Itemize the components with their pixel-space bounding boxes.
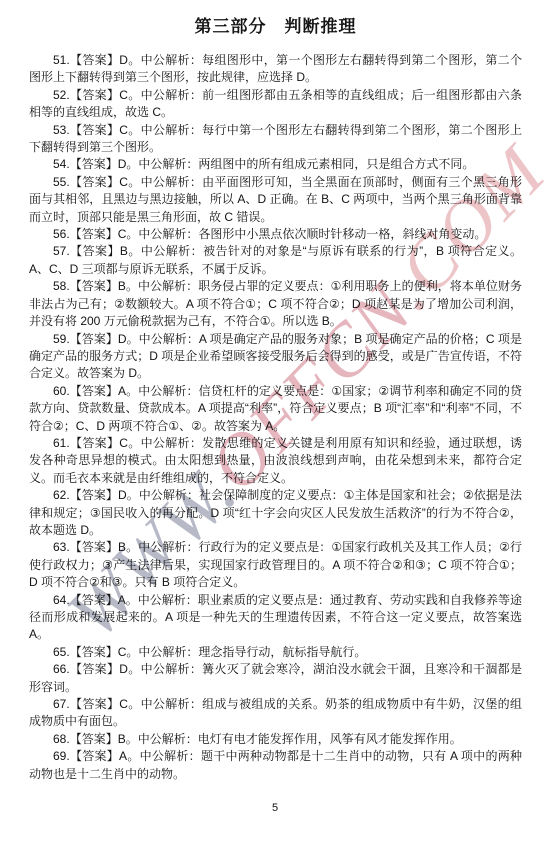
answer-letter: B <box>120 244 128 258</box>
item-number: 54. <box>53 157 70 171</box>
analysis-label: 中公解析： <box>138 227 198 241</box>
answer-label: 【答案】 <box>70 436 120 450</box>
item-number: 56. <box>53 227 70 241</box>
answer-item: 54.【答案】D。中公解析：两组图中的所有组成元素相同，只是组合方式不同。 <box>29 156 522 173</box>
answer-period: 。 <box>128 88 141 102</box>
item-number: 62. <box>53 488 70 502</box>
analysis-label: 中公解析： <box>140 749 201 763</box>
analysis-label: 中公解析： <box>138 593 198 607</box>
answer-item: 55.【答案】C。中公解析：由平面图形可知，当全黑面在顶部时，侧面有三个黑三角形… <box>29 174 522 226</box>
analysis-label: 中公解析： <box>141 697 203 711</box>
answer-item: 51.【答案】D。中公解析：每组图形中，第一个图形左右翻转得到第二个图形，第二个… <box>29 52 522 87</box>
answer-label: 【答案】 <box>70 732 118 746</box>
analysis-label: 中公解析： <box>141 244 203 258</box>
answer-list: 51.【答案】D。中公解析：每组图形中，第一个图形左右翻转得到第二个图形，第二个… <box>29 52 522 783</box>
item-number: 69. <box>53 749 70 763</box>
answer-letter: D <box>118 332 127 346</box>
item-number: 51. <box>53 53 70 67</box>
answer-period: 。 <box>128 436 141 450</box>
answer-period: 。 <box>126 645 138 659</box>
answer-letter: B <box>118 732 126 746</box>
answer-item: 59.【答案】D。中公解析：A 项是确定产品的服务对象；B 项是确定产品的价格；… <box>29 331 522 383</box>
analysis-label: 中公解析： <box>141 175 203 189</box>
answer-item: 61.【答案】C。中公解析：发散思维的定义关键是利用原有知识和经验，通过联想，诱… <box>29 435 522 487</box>
answer-letter: A <box>119 749 127 763</box>
document-content: 第三部分 判断推理 51.【答案】D。中公解析：每组图形中，第一个图形左右翻转得… <box>29 12 522 783</box>
answer-letter: D <box>119 662 128 676</box>
answer-period: 。 <box>126 593 138 607</box>
analysis-text: 理念指导行动，航标指导航行。 <box>198 645 366 659</box>
answer-item: 69.【答案】A。中公解析：题干中两种动物都是十二生肖中的动物，只有 A 项中的… <box>29 748 522 783</box>
item-number: 59. <box>53 332 70 346</box>
answer-item: 65.【答案】C。中公解析：理念指导行动，航标指导航行。 <box>29 644 522 661</box>
page: WWW.OFFCN.COM 第三部分 判断推理 51.【答案】D。中公解析：每组… <box>0 0 550 842</box>
analysis-label: 中公解析： <box>138 384 198 398</box>
answer-letter: B <box>118 279 126 293</box>
answer-label: 【答案】 <box>70 332 118 346</box>
answer-period: 。 <box>126 540 138 554</box>
answer-letter: C <box>119 175 128 189</box>
answer-item: 53.【答案】C。中公解析：每行中第一个图形左右翻转得到第二个图形，第二个图形上… <box>29 122 522 157</box>
answer-item: 56.【答案】C。中公解析：各图形中小黑点依次顺时针移动一格，斜线对角变动。 <box>29 226 522 243</box>
answer-item: 60.【答案】A。中公解析：信贷杠杆的定义要点是：①国家；②调节利率和确定不同的… <box>29 383 522 435</box>
item-number: 65. <box>53 645 70 659</box>
analysis-label: 中公解析： <box>141 88 203 102</box>
analysis-label: 中公解析： <box>138 645 198 659</box>
answer-label: 【答案】 <box>70 384 118 398</box>
answer-letter: C <box>119 436 128 450</box>
item-number: 64. <box>53 593 70 607</box>
item-number: 53. <box>53 123 70 137</box>
answer-label: 【答案】 <box>70 645 118 659</box>
answer-label: 【答案】 <box>70 88 120 102</box>
answer-item: 63.【答案】B。中公解析：行政行为的定义要点是：①国家行政机关及其工作人员；②… <box>29 539 522 591</box>
answer-period: 。 <box>126 157 138 171</box>
item-number: 68. <box>53 732 70 746</box>
analysis-text: 各图形中小黑点依次顺时针移动一格，斜线对角变动。 <box>198 227 486 241</box>
answer-period: 。 <box>128 244 141 258</box>
answer-label: 【答案】 <box>70 123 120 137</box>
answer-label: 【答案】 <box>70 488 118 502</box>
answer-label: 【答案】 <box>70 244 120 258</box>
analysis-label: 中公解析： <box>138 732 198 746</box>
analysis-label: 中公解析： <box>139 332 199 346</box>
answer-letter: A <box>118 593 126 607</box>
analysis-label: 中公解析： <box>141 436 203 450</box>
answer-period: 。 <box>128 697 141 711</box>
item-number: 61. <box>53 436 70 450</box>
answer-item: 62.【答案】D。中公解析：社会保障制度的定义要点：①主体是国家和社会；②依据是… <box>29 487 522 539</box>
analysis-label: 中公解析： <box>138 279 198 293</box>
analysis-label: 中公解析： <box>141 662 203 676</box>
answer-period: 。 <box>127 488 139 502</box>
item-number: 63. <box>53 540 70 554</box>
item-number: 60. <box>53 384 70 398</box>
item-number: 55. <box>53 175 70 189</box>
answer-letter: D <box>118 488 127 502</box>
item-number: 52. <box>53 88 70 102</box>
answer-label: 【答案】 <box>70 157 118 171</box>
answer-period: 。 <box>126 384 138 398</box>
answer-letter: D <box>119 53 128 67</box>
answer-period: 。 <box>128 175 141 189</box>
answer-label: 【答案】 <box>70 662 120 676</box>
answer-period: 。 <box>128 53 141 67</box>
answer-letter: C <box>119 123 128 137</box>
answer-period: 。 <box>128 662 141 676</box>
analysis-label: 中公解析： <box>141 53 203 67</box>
answer-item: 52.【答案】C。中公解析：前一组图形都由五条相等的直线组成；后一组图形都由六条… <box>29 87 522 122</box>
answer-period: 。 <box>126 732 138 746</box>
answer-item: 58.【答案】B。中公解析：职务侵占罪的定义要点：①利用职务上的便利，将本单位财… <box>29 278 522 330</box>
analysis-label: 中公解析： <box>138 157 198 171</box>
answer-label: 【答案】 <box>70 279 118 293</box>
answer-letter: C <box>119 697 128 711</box>
answer-letter: A <box>118 384 126 398</box>
analysis-label: 中公解析： <box>139 488 199 502</box>
answer-label: 【答案】 <box>70 540 118 554</box>
answer-label: 【答案】 <box>70 749 119 763</box>
answer-label: 【答案】 <box>70 175 120 189</box>
item-number: 67. <box>53 697 70 711</box>
answer-item: 68.【答案】B。中公解析：电灯有电才能发挥作用，风筝有风才能发挥作用。 <box>29 731 522 748</box>
answer-letter: B <box>118 540 126 554</box>
analysis-label: 中公解析： <box>138 540 198 554</box>
answer-period: 。 <box>127 332 139 346</box>
analysis-text: 电灯有电才能发挥作用，风筝有风才能发挥作用。 <box>198 732 462 746</box>
answer-period: 。 <box>126 227 138 241</box>
page-number: 5 <box>0 802 550 814</box>
answer-label: 【答案】 <box>70 697 120 711</box>
item-number: 57. <box>53 244 70 258</box>
answer-label: 【答案】 <box>70 593 118 607</box>
answer-item: 67.【答案】C。中公解析：组成与被组成的关系。奶茶的组成物质中有牛奶，汉堡的组… <box>29 696 522 731</box>
answer-period: 。 <box>127 749 140 763</box>
answer-item: 66.【答案】D。中公解析：篝火灭了就会寒冷，湖泊没水就会干涸，且寒冷和干涸都是… <box>29 661 522 696</box>
answer-item: 57.【答案】B。中公解析：被告针对的对象是“与原诉有联系的行为”，B 项符合定… <box>29 243 522 278</box>
answer-label: 【答案】 <box>70 227 118 241</box>
page-title: 第三部分 判断推理 <box>29 12 522 37</box>
answer-label: 【答案】 <box>70 53 120 67</box>
item-number: 58. <box>53 279 70 293</box>
analysis-label: 中公解析： <box>141 123 203 137</box>
answer-item: 64.【答案】A。中公解析：职业素质的定义要点是：通过教育、劳动实践和自我修养等… <box>29 592 522 644</box>
answer-letter: C <box>119 88 128 102</box>
answer-period: 。 <box>128 123 141 137</box>
analysis-text: 两组图中的所有组成元素相同，只是组合方式不同。 <box>198 157 474 171</box>
answer-period: 。 <box>126 279 138 293</box>
item-number: 66. <box>53 662 70 676</box>
